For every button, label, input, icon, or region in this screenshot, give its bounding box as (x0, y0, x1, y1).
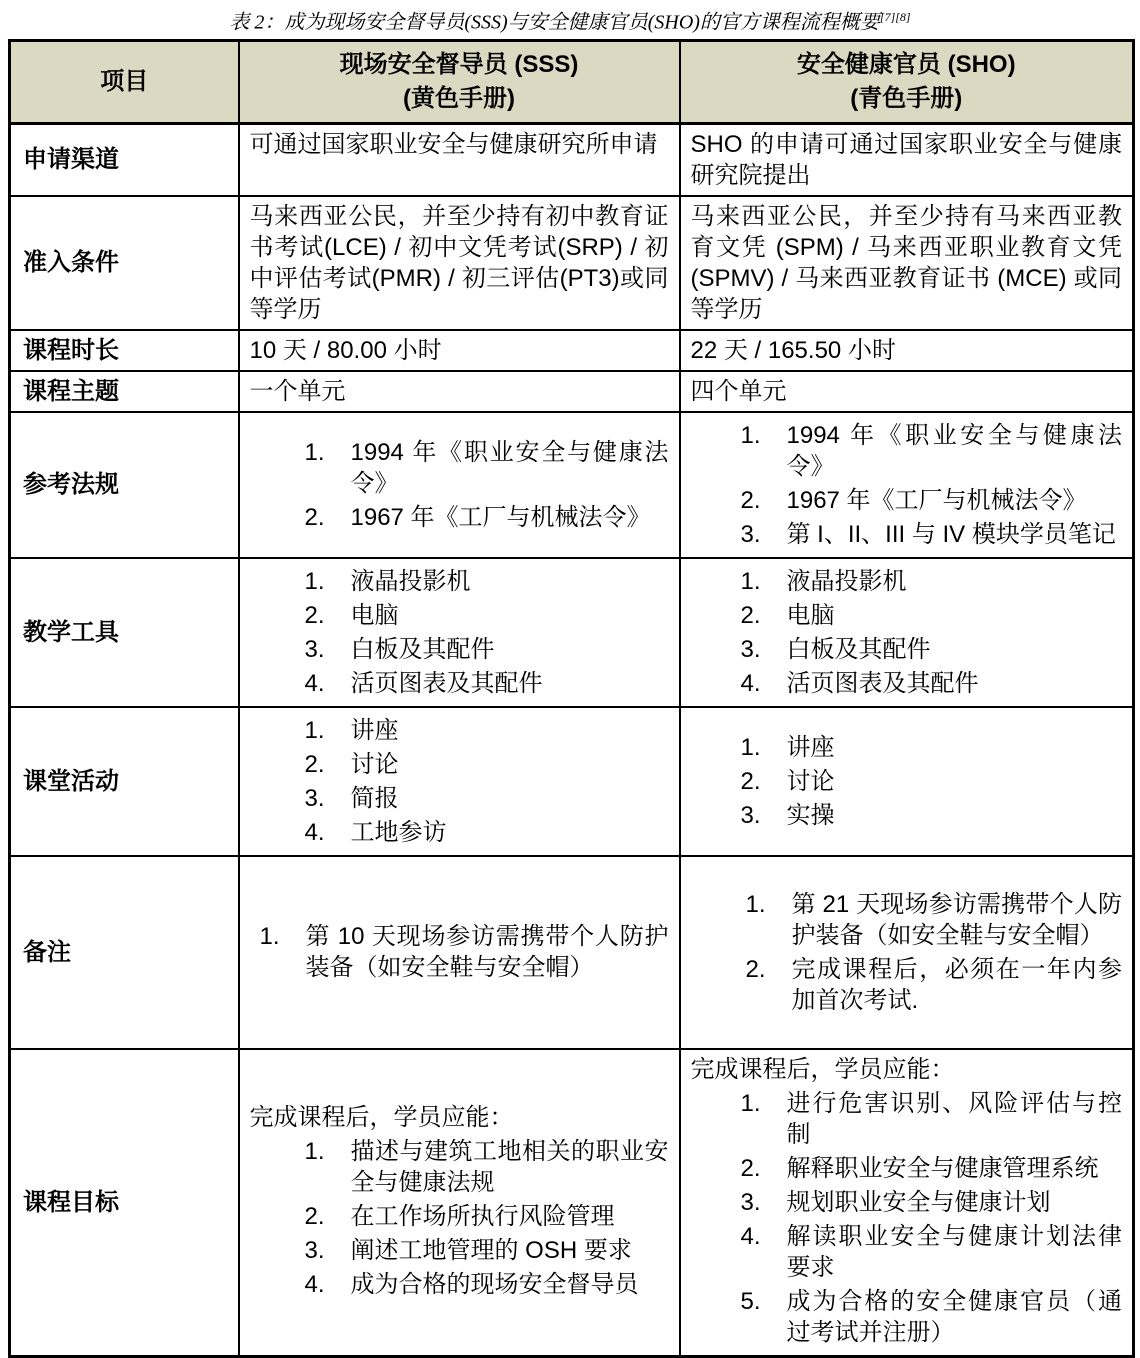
header-cell-sho: 安全健康官员 (SHO) (青色手册) (680, 40, 1134, 123)
cell-sss-laws: 1.1994 年《职业安全与健康法令》 2.1967 年《工厂与机械法令》 (239, 412, 680, 558)
list-item-text: 电脑 (351, 600, 669, 631)
list-item: 4.活页图表及其配件 (741, 668, 1123, 699)
list-number: 1. (305, 566, 351, 597)
list-number: 1. (741, 1088, 787, 1150)
list-number: 2. (305, 1201, 351, 1232)
cell-sho-remarks: 1.第 21 天现场参访需携带个人防护装备（如安全鞋与安全帽） 2.完成课程后，… (680, 856, 1134, 1049)
list-item-text: 进行危害识别、风险评估与控制 (787, 1088, 1123, 1150)
cell-sss-remarks: 1.第 10 天现场参访需携带个人防护装备（如安全鞋与安全帽） (239, 856, 680, 1049)
list-item-text: 完成课程后，必须在一年内参加首次考试. (792, 954, 1123, 1016)
list-item: 2.在工作场所执行风险管理 (305, 1201, 669, 1232)
list-number: 3. (305, 634, 351, 665)
list-intro: 完成课程后，学员应能： (250, 1102, 669, 1133)
numbered-list: 1.描述与建筑工地相关的职业安全与健康法规 2.在工作场所执行风险管理 3.阐述… (250, 1136, 669, 1300)
cell-sho-topics: 四个单元 (680, 371, 1134, 412)
course-comparison-table: 项目 现场安全督导员 (SSS) (黄色手册) 安全健康官员 (SHO) (青色… (8, 39, 1135, 1358)
document-page: 表 2：成为现场安全督导员(SSS)与安全健康官员(SHO)的官方课程流程概要[… (0, 0, 1140, 1358)
list-item-text: 讨论 (787, 766, 1123, 797)
table-row-teaching-tools: 教学工具 1.液晶投影机 2.电脑 3.白板及其配件 4.活页图表及其配件 1.… (10, 558, 1134, 707)
list-item-text: 活页图表及其配件 (351, 668, 669, 699)
list-item: 4.工地参访 (305, 817, 669, 848)
row-label: 课程时长 (10, 330, 239, 371)
list-item-text: 描述与建筑工地相关的职业安全与健康法规 (351, 1136, 669, 1198)
list-item: 3.简报 (305, 783, 669, 814)
table-row-course-duration: 课程时长 10 天 / 80.00 小时 22 天 / 165.50 小时 (10, 330, 1134, 371)
table-row-class-activities: 课堂活动 1.讲座 2.讨论 3.简报 4.工地参访 1.讲座 2.讨论 3.实… (10, 707, 1134, 856)
list-number: 4. (305, 1269, 351, 1300)
list-item-text: 白板及其配件 (787, 634, 1123, 665)
list-number: 1. (305, 715, 351, 746)
list-item: 1.第 10 天现场参访需携带个人防护装备（如安全鞋与安全帽） (260, 921, 669, 983)
list-number: 2. (305, 600, 351, 631)
cell-sss-objectives: 完成课程后，学员应能： 1.描述与建筑工地相关的职业安全与健康法规 2.在工作场… (239, 1049, 680, 1357)
list-item-text: 1967 年《工厂与机械法令》 (787, 485, 1123, 516)
cell-sss-application: 可通过国家职业安全与健康研究所申请 (239, 123, 680, 196)
list-number: 4. (305, 817, 351, 848)
cell-text: SHO 的申请可通过国家职业安全与健康研究院提出 (691, 129, 1123, 191)
cell-sss-activities: 1.讲座 2.讨论 3.简报 4.工地参访 (239, 707, 680, 856)
row-label: 申请渠道 (10, 123, 239, 196)
list-item-text: 解释职业安全与健康管理系统 (787, 1153, 1123, 1184)
list-item: 3.实操 (741, 800, 1123, 831)
list-number: 1. (746, 889, 792, 951)
numbered-list: 1.1994 年《职业安全与健康法令》 2.1967 年《工厂与机械法令》 (250, 437, 669, 533)
cell-sss-requirements: 马来西亚公民，并至少持有初中教育证书考试(LCE) / 初中文凭考试(SRP) … (239, 196, 680, 330)
row-label: 教学工具 (10, 558, 239, 707)
list-item: 3.白板及其配件 (305, 634, 669, 665)
cell-sho-activities: 1.讲座 2.讨论 3.实操 (680, 707, 1134, 856)
header-row: 项目 现场安全督导员 (SSS) (黄色手册) 安全健康官员 (SHO) (青色… (10, 40, 1134, 123)
list-number: 3. (741, 800, 787, 831)
table-row-course-topics: 课程主题 一个单元 四个单元 (10, 371, 1134, 412)
table-row-entry-requirements: 准入条件 马来西亚公民，并至少持有初中教育证书考试(LCE) / 初中文凭考试(… (10, 196, 1134, 330)
header-cell-sss: 现场安全督导员 (SSS) (黄色手册) (239, 40, 680, 123)
cell-text: 可通过国家职业安全与健康研究所申请 (250, 129, 669, 160)
numbered-list: 1.第 10 天现场参访需携带个人防护装备（如安全鞋与安全帽） (250, 921, 669, 983)
list-number: 3. (305, 783, 351, 814)
cell-sho-application: SHO 的申请可通过国家职业安全与健康研究院提出 (680, 123, 1134, 196)
cell-sho-laws: 1.1994 年《职业安全与健康法令》 2.1967 年《工厂与机械法令》 3.… (680, 412, 1134, 558)
table-caption: 表 2：成为现场安全督导员(SSS)与安全健康官员(SHO)的官方课程流程概要[… (0, 0, 1140, 36)
list-number: 2. (305, 749, 351, 780)
list-item: 1.讲座 (741, 732, 1123, 763)
header-item-label: 项目 (100, 68, 148, 95)
header-sss-title: 现场安全督导员 (SSS) (250, 48, 669, 82)
list-number: 1. (741, 420, 787, 482)
list-item-text: 1994 年《职业安全与健康法令》 (787, 420, 1123, 482)
list-item: 3.第 I、II、III 与 IV 模块学员笔记 (741, 519, 1123, 550)
row-label: 准入条件 (10, 196, 239, 330)
list-item-text: 第 10 天现场参访需携带个人防护装备（如安全鞋与安全帽） (306, 921, 669, 983)
list-item: 1.液晶投影机 (741, 566, 1123, 597)
row-label: 课堂活动 (10, 707, 239, 856)
table-row-remarks: 备注 1.第 10 天现场参访需携带个人防护装备（如安全鞋与安全帽） 1.第 2… (10, 856, 1134, 1049)
list-item-text: 简报 (351, 783, 669, 814)
cell-text: 马来西亚公民，并至少持有马来西亚教育文凭 (SPM) / 马来西亚职业教育文凭 … (691, 201, 1123, 325)
table-row-reference-laws: 参考法规 1.1994 年《职业安全与健康法令》 2.1967 年《工厂与机械法… (10, 412, 1134, 558)
numbered-list: 1.进行危害识别、风险评估与控制 2.解释职业安全与健康管理系统 3.规划职业安… (691, 1088, 1123, 1348)
list-item-text: 规划职业安全与健康计划 (787, 1187, 1123, 1218)
list-item-text: 成为合格的现场安全督导员 (351, 1269, 669, 1300)
list-item-text: 讲座 (351, 715, 669, 746)
list-number: 4. (305, 668, 351, 699)
list-number: 2. (305, 502, 351, 533)
header-sho-title: 安全健康官员 (SHO) (691, 48, 1123, 82)
cell-sho-requirements: 马来西亚公民，并至少持有马来西亚教育文凭 (SPM) / 马来西亚职业教育文凭 … (680, 196, 1134, 330)
list-item-text: 电脑 (787, 600, 1123, 631)
list-item: 2.电脑 (305, 600, 669, 631)
list-item-text: 在工作场所执行风险管理 (351, 1201, 669, 1232)
list-number: 2. (741, 600, 787, 631)
list-number: 1. (741, 732, 787, 763)
row-label: 参考法规 (10, 412, 239, 558)
list-item: 5.成为合格的安全健康官员（通过考试并注册） (741, 1286, 1123, 1348)
list-number: 1. (260, 921, 306, 983)
table-caption-footnote-refs: [7][8] (880, 10, 911, 24)
list-item-text: 1967 年《工厂与机械法令》 (351, 502, 669, 533)
list-item: 2.1967 年《工厂与机械法令》 (305, 502, 669, 533)
list-number: 2. (741, 766, 787, 797)
list-item-text: 讨论 (351, 749, 669, 780)
list-number: 3. (741, 1187, 787, 1218)
list-item-text: 阐述工地管理的 OSH 要求 (351, 1235, 669, 1266)
list-item: 1.描述与建筑工地相关的职业安全与健康法规 (305, 1136, 669, 1198)
list-item-text: 液晶投影机 (787, 566, 1123, 597)
list-item: 2.解释职业安全与健康管理系统 (741, 1153, 1123, 1184)
header-sss-subtitle: (黄色手册) (250, 82, 669, 116)
list-number: 4. (741, 1221, 787, 1283)
list-number: 1. (305, 1136, 351, 1198)
numbered-list: 1.讲座 2.讨论 3.实操 (691, 732, 1123, 831)
cell-text: 四个单元 (691, 376, 1123, 407)
list-item: 3.白板及其配件 (741, 634, 1123, 665)
list-item: 2.完成课程后，必须在一年内参加首次考试. (746, 954, 1123, 1016)
list-item: 3.规划职业安全与健康计划 (741, 1187, 1123, 1218)
table-caption-text: 表 2：成为现场安全督导员(SSS)与安全健康官员(SHO)的官方课程流程概要 (229, 12, 880, 34)
list-item: 1.第 21 天现场参访需携带个人防护装备（如安全鞋与安全帽） (746, 889, 1123, 951)
row-label: 备注 (10, 856, 239, 1049)
list-item-text: 工地参访 (351, 817, 669, 848)
list-item-text: 第 21 天现场参访需携带个人防护装备（如安全鞋与安全帽） (792, 889, 1123, 951)
list-item: 4.活页图表及其配件 (305, 668, 669, 699)
list-item-text: 液晶投影机 (351, 566, 669, 597)
list-number: 5. (741, 1286, 787, 1348)
table-row-application-channel: 申请渠道 可通过国家职业安全与健康研究所申请 SHO 的申请可通过国家职业安全与… (10, 123, 1134, 196)
list-item-text: 实操 (787, 800, 1123, 831)
list-item-text: 活页图表及其配件 (787, 668, 1123, 699)
list-item: 1.液晶投影机 (305, 566, 669, 597)
cell-sss-duration: 10 天 / 80.00 小时 (239, 330, 680, 371)
table-row-course-objectives: 课程目标 完成课程后，学员应能： 1.描述与建筑工地相关的职业安全与健康法规 2… (10, 1049, 1134, 1357)
list-item-text: 解读职业安全与健康计划法律要求 (787, 1221, 1123, 1283)
list-item: 2.讨论 (305, 749, 669, 780)
list-item-text: 第 I、II、III 与 IV 模块学员笔记 (787, 519, 1123, 550)
list-item: 2.电脑 (741, 600, 1123, 631)
row-label: 课程主题 (10, 371, 239, 412)
list-item: 2.1967 年《工厂与机械法令》 (741, 485, 1123, 516)
list-item: 2.讨论 (741, 766, 1123, 797)
list-item: 4.成为合格的现场安全督导员 (305, 1269, 669, 1300)
cell-text: 22 天 / 165.50 小时 (691, 335, 1123, 366)
list-number: 3. (305, 1235, 351, 1266)
list-item-text: 成为合格的安全健康官员（通过考试并注册） (787, 1286, 1123, 1348)
list-item: 1.1994 年《职业安全与健康法令》 (741, 420, 1123, 482)
cell-text: 10 天 / 80.00 小时 (250, 335, 669, 366)
list-number: 2. (746, 954, 792, 1016)
list-item: 3.阐述工地管理的 OSH 要求 (305, 1235, 669, 1266)
header-sho-subtitle: (青色手册) (691, 82, 1123, 116)
list-item: 1.进行危害识别、风险评估与控制 (741, 1088, 1123, 1150)
list-item: 4.解读职业安全与健康计划法律要求 (741, 1221, 1123, 1283)
list-number: 4. (741, 668, 787, 699)
cell-sss-tools: 1.液晶投影机 2.电脑 3.白板及其配件 4.活页图表及其配件 (239, 558, 680, 707)
cell-sss-topics: 一个单元 (239, 371, 680, 412)
list-item-text: 讲座 (787, 732, 1123, 763)
list-number: 1. (305, 437, 351, 499)
list-number: 1. (741, 566, 787, 597)
cell-text: 一个单元 (250, 376, 669, 407)
cell-sho-tools: 1.液晶投影机 2.电脑 3.白板及其配件 4.活页图表及其配件 (680, 558, 1134, 707)
list-number: 2. (741, 485, 787, 516)
numbered-list: 1.液晶投影机 2.电脑 3.白板及其配件 4.活页图表及其配件 (250, 566, 669, 699)
header-cell-item: 项目 (10, 40, 239, 123)
list-item-text: 白板及其配件 (351, 634, 669, 665)
row-label: 课程目标 (10, 1049, 239, 1357)
cell-sho-objectives: 完成课程后，学员应能： 1.进行危害识别、风险评估与控制 2.解释职业安全与健康… (680, 1049, 1134, 1357)
numbered-list: 1.液晶投影机 2.电脑 3.白板及其配件 4.活页图表及其配件 (691, 566, 1123, 699)
list-number: 3. (741, 519, 787, 550)
cell-text: 马来西亚公民，并至少持有初中教育证书考试(LCE) / 初中文凭考试(SRP) … (250, 201, 669, 325)
list-number: 2. (741, 1153, 787, 1184)
list-item-text: 1994 年《职业安全与健康法令》 (351, 437, 669, 499)
cell-sho-duration: 22 天 / 165.50 小时 (680, 330, 1134, 371)
list-item: 1.1994 年《职业安全与健康法令》 (305, 437, 669, 499)
numbered-list: 1.讲座 2.讨论 3.简报 4.工地参访 (250, 715, 669, 848)
list-number: 3. (741, 634, 787, 665)
numbered-list: 1.第 21 天现场参访需携带个人防护装备（如安全鞋与安全帽） 2.完成课程后，… (691, 889, 1123, 1016)
numbered-list: 1.1994 年《职业安全与健康法令》 2.1967 年《工厂与机械法令》 3.… (691, 420, 1123, 550)
list-intro: 完成课程后，学员应能： (691, 1054, 1123, 1085)
list-item: 1.讲座 (305, 715, 669, 746)
